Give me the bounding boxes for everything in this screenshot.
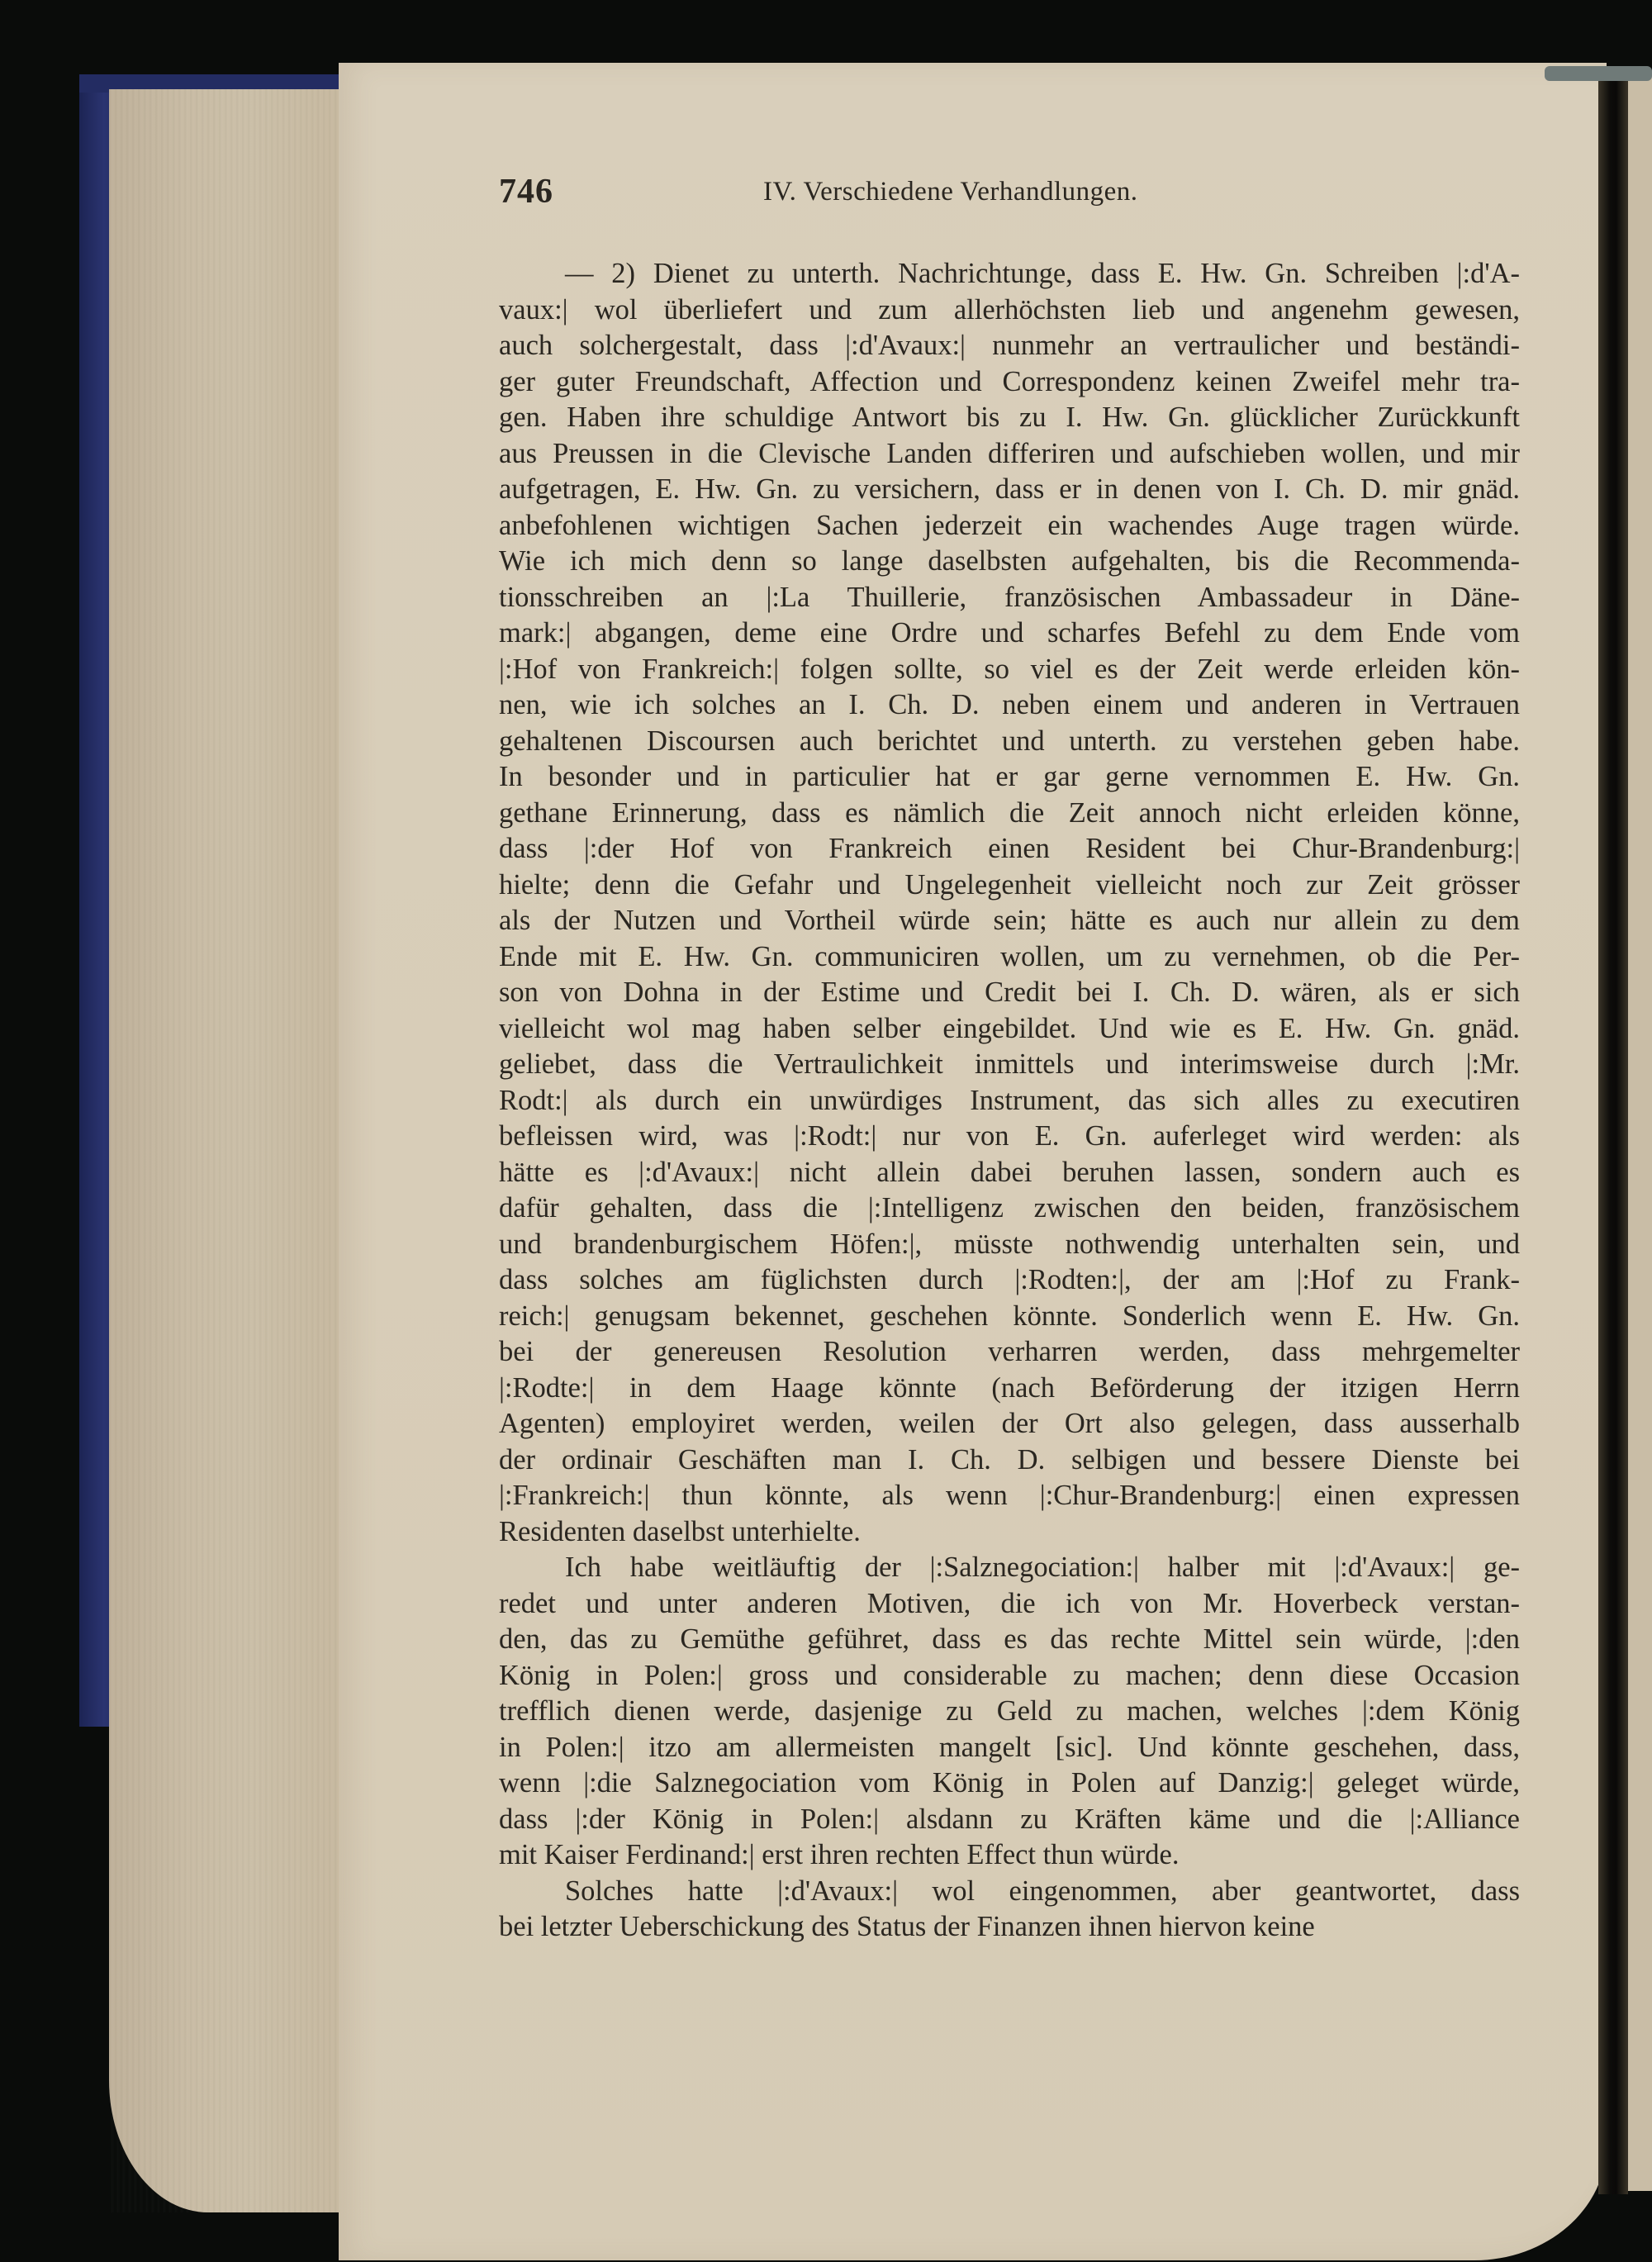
text-line: |:Frankreich:| thun könnte, als wenn |:C…	[499, 1478, 1520, 1514]
text-line: bei letzter Ueberschickung des Status de…	[499, 1909, 1520, 1946]
text-line: reich:| genugsam bekennet, geschehen kön…	[499, 1299, 1520, 1335]
text-line: bei der genereusen Resolution verharren …	[499, 1334, 1520, 1371]
facing-page-edge	[1628, 76, 1652, 2191]
text-line: |:Hof von Frankreich:| folgen sollte, so…	[499, 652, 1520, 688]
text-line: hätte es |:d'Avaux:| nicht allein dabei …	[499, 1155, 1520, 1191]
running-head: 746 IV. Verschiedene Verhandlungen.	[499, 172, 1520, 221]
text-line: gen. Haben ihre schuldige Antwort bis zu…	[499, 400, 1520, 436]
text-line: Rodt:| als durch ein unwürdiges Instrume…	[499, 1083, 1520, 1119]
text-line: gethane Erinnerung, dass es nämlich die …	[499, 796, 1520, 832]
text-line: vaux:| wol überliefert und zum allerhöch…	[499, 292, 1520, 329]
text-line: gehaltenen Discoursen auch berichtet und…	[499, 724, 1520, 760]
text-line: ger guter Freundschaft, Affection und Co…	[499, 364, 1520, 401]
page-striations	[109, 89, 340, 2212]
text-line: König in Polen:| gross und considerable …	[499, 1658, 1520, 1694]
text-line: In besonder und in particulier hat er ga…	[499, 759, 1520, 796]
text-line: befleissen wird, was |:Rodt:| nur von E.…	[499, 1119, 1520, 1155]
text-line: dass |:der König in Polen:| alsdann zu K…	[499, 1802, 1520, 1838]
text-line: Wie ich mich denn so lange daselbsten au…	[499, 544, 1520, 580]
text-line: Residenten daselbst unterhielte.	[499, 1514, 1520, 1551]
paragraph: Ich habe weitläuftig der |:Salznegociati…	[499, 1550, 1520, 1874]
page-stack-edge	[109, 89, 340, 2212]
paragraph: — 2) Dienet zu unterth. Nachrichtunge, d…	[499, 256, 1520, 1550]
text-line: Ende mit E. Hw. Gn. communiciren wollen,…	[499, 939, 1520, 976]
text-line: und brandenburgischem Höfen:|, müsste no…	[499, 1227, 1520, 1263]
text-line: dass |:der Hof von Frankreich einen Resi…	[499, 831, 1520, 867]
text-line: vielleicht wol mag haben selber eingebil…	[499, 1011, 1520, 1048]
text-line: trefflich dienen werde, dasjenige zu Gel…	[499, 1694, 1520, 1730]
chapter-title: IV. Verschiedene Verhandlungen.	[763, 177, 1138, 207]
text-line: dafür gehalten, dass die |:Intelligenz z…	[499, 1190, 1520, 1227]
text-line: anbefohlenen wichtigen Sachen jederzeit …	[499, 508, 1520, 544]
text-line: aus Preussen in die Clevische Landen dif…	[499, 436, 1520, 473]
text-line: nen, wie ich solches an I. Ch. D. neben …	[499, 687, 1520, 724]
page-text-area: 746 IV. Verschiedene Verhandlungen. — 2)…	[499, 172, 1520, 1946]
page-number: 746	[499, 172, 553, 211]
text-line: Agenten) employiret werden, weilen der O…	[499, 1406, 1520, 1442]
text-line: — 2) Dienet zu unterth. Nachrichtunge, d…	[499, 256, 1520, 292]
text-line: den, das zu Gemüthe geführet, dass es da…	[499, 1622, 1520, 1658]
text-line: in Polen:| itzo am allermeisten mangelt …	[499, 1730, 1520, 1766]
text-line: wenn |:die Salznegociation vom König in …	[499, 1765, 1520, 1802]
book-gutter	[1598, 79, 1628, 2194]
text-line: der ordinair Geschäften man I. Ch. D. se…	[499, 1442, 1520, 1479]
body-text: — 2) Dienet zu unterth. Nachrichtunge, d…	[499, 256, 1520, 1946]
text-line: |:Rodte:| in dem Haage könnte (nach Befö…	[499, 1371, 1520, 1407]
text-line: Solches hatte |:d'Avaux:| wol eingenomme…	[499, 1874, 1520, 1910]
text-line: mark:| abgangen, deme eine Ordre und sch…	[499, 615, 1520, 652]
text-line: Ich habe weitläuftig der |:Salznegociati…	[499, 1550, 1520, 1586]
text-line: son von Dohna in der Estime und Credit b…	[499, 975, 1520, 1011]
paragraph: Solches hatte |:d'Avaux:| wol eingenomme…	[499, 1874, 1520, 1946]
text-line: aufgetragen, E. Hw. Gn. zu versichern, d…	[499, 472, 1520, 508]
headband	[1545, 66, 1652, 81]
text-line: hielte; denn die Gefahr und Ungelegenhei…	[499, 867, 1520, 904]
text-line: auch solchergestalt, dass |:d'Avaux:| nu…	[499, 328, 1520, 364]
text-line: als der Nutzen und Vortheil würde sein; …	[499, 903, 1520, 939]
text-line: dass solches am füglichsten durch |:Rodt…	[499, 1262, 1520, 1299]
text-line: mit Kaiser Ferdinand:| erst ihren rechte…	[499, 1837, 1520, 1874]
text-line: tionsschreiben an |:La Thuillerie, franz…	[499, 580, 1520, 616]
text-line: redet und unter anderen Motiven, die ich…	[499, 1586, 1520, 1623]
text-line: geliebet, dass die Vertraulichkeit inmit…	[499, 1047, 1520, 1083]
